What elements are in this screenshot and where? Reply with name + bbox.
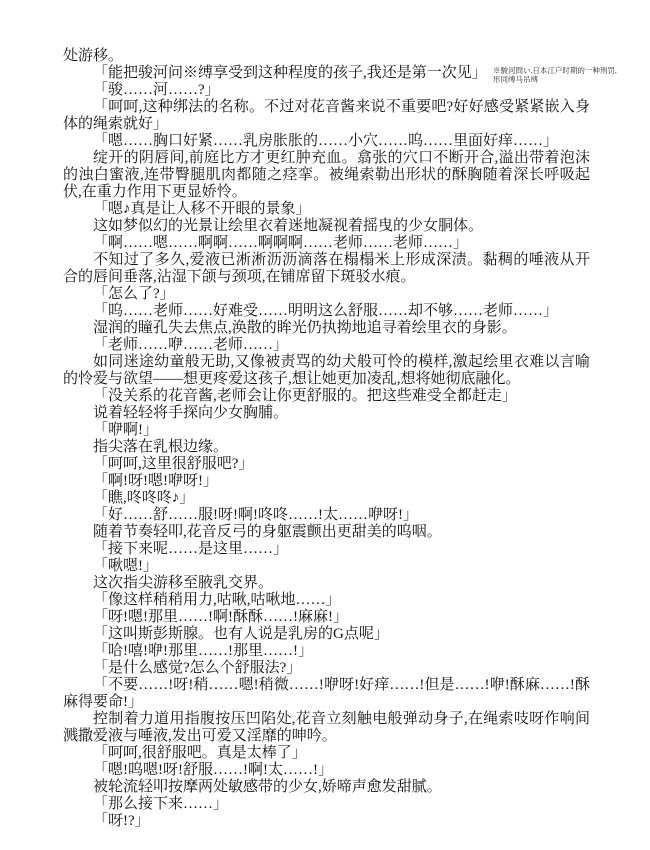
paragraph: 这如梦似幻的光景让绘里衣着迷地凝视着摇曳的少女胴体。 (63, 218, 590, 235)
paragraph: 「呵呵,很舒服吧。真是太棒了」 (63, 745, 590, 762)
paragraph: 「是什么感觉?怎么个舒服法?」 (63, 660, 590, 677)
novel-text-page: 处游移。 「能把骏河问※缚享受到这种程度的孩子,我还是第一次见」※駿河問い,日本… (0, 0, 650, 850)
paragraph: 「啊!呀!嗯!咿呀!」 (63, 473, 590, 490)
paragraph-list: 处游移。 「能把骏河问※缚享受到这种程度的孩子,我还是第一次见」※駿河問い,日本… (63, 48, 590, 830)
paragraph: 「能把骏河问※缚享受到这种程度的孩子,我还是第一次见」※駿河問い,日本江户时期的… (63, 65, 590, 82)
paragraph: 处游移。 (63, 48, 590, 65)
paragraph: 绽开的阴唇间,前庭比方才更红肿充血。翕张的穴口不断开合,溢出带着泡沫的浊白蜜液,… (63, 150, 590, 201)
paragraph: 「怎么了?」 (63, 286, 590, 303)
paragraph: 随着节奏轻叩,花音反弓的身躯震颤出更甜美的呜咽。 (63, 524, 590, 541)
paragraph: 「呵呵,这种绑法的名称。不过对花音酱来说不重要吧?好好感受紧紧嵌入身体的绳索就好… (63, 99, 590, 133)
paragraph: 「老师……咿……老师……」 (63, 337, 590, 354)
paragraph: 「嗯!呜嗯!呀!舒服……!啊!太……!」 (63, 762, 590, 779)
paragraph: 「那么接下来……」 (63, 796, 590, 813)
paragraph: 「瞧,咚咚咚♪」 (63, 490, 590, 507)
paragraph: 「嗯♪真是让人移不开眼的景象」 (63, 201, 590, 218)
paragraph: 「咿啊!」 (63, 422, 590, 439)
paragraph: 湿润的瞳孔失去焦点,涣散的眸光仍执拗地追寻着绘里衣的身影。 (63, 320, 590, 337)
paragraph: 不知过了多久,爱液已淅淅沥沥滴落在榻榻米上形成深渍。黏稠的唾液从开合的唇间垂落,… (63, 252, 590, 286)
paragraph: 「呜……老师……好难受……明明这么舒服……却不够……老师……」 (63, 303, 590, 320)
paragraph: 「嗯……胸口好紧……乳房胀胀的……小穴……呜……里面好痒……」 (63, 133, 590, 150)
paragraph: 这次指尖游移至腋乳交界。 (63, 575, 590, 592)
paragraph: 「啊……嗯……啊啊……啊啊啊……老师……老师……」 (63, 235, 590, 252)
paragraph: 指尖落在乳根边缘。 (63, 439, 590, 456)
paragraph: 说着轻轻将手探向少女胸脯。 (63, 405, 590, 422)
paragraph: 「像这样稍稍用力,咕啾,咕啾地……」 (63, 592, 590, 609)
paragraph: 「不要……!呀!稍……嗯!稍微……!咿呀!好痒……!但是……!咿!酥麻……!酥麻… (63, 677, 590, 711)
paragraph: 「骏……河……?」 (63, 82, 590, 99)
paragraph: 「啾嗯!」 (63, 558, 590, 575)
paragraph: 「好……舒……服!呀!啊!咚咚……!太……咿呀!」 (63, 507, 590, 524)
paragraph: 「没关系的花音酱,老师会让你更舒服的。把这些难受全都赶走」 (63, 388, 590, 405)
paragraph: 「哈!嘻!咿!那里……!那里……!」 (63, 643, 590, 660)
paragraph: 控制着力道用指腹按压凹陷处,花音立刻触电般弹动身子,在绳索吱呀作响间溅撒爱液与唾… (63, 711, 590, 745)
paragraph: 「呀!嗯!那里……!啊!酥酥……!麻麻!」 (63, 609, 590, 626)
paragraph: 「这叫斯彭斯腺。也有人说是乳房的G点呢」 (63, 626, 590, 643)
paragraph: 如同迷途幼童般无助,又像被责骂的幼犬般可怜的模样,激起绘里衣难以言喻的怜爱与欲望… (63, 354, 590, 388)
paragraph: 「呵呵,这里很舒服吧?」 (63, 456, 590, 473)
paragraph: 「接下来呢……是这里……」 (63, 541, 590, 558)
paragraph: 「呀!?」 (63, 813, 590, 830)
paragraph: 被轮流轻叩按摩两处敏感带的少女,娇啼声愈发甜腻。 (63, 779, 590, 796)
